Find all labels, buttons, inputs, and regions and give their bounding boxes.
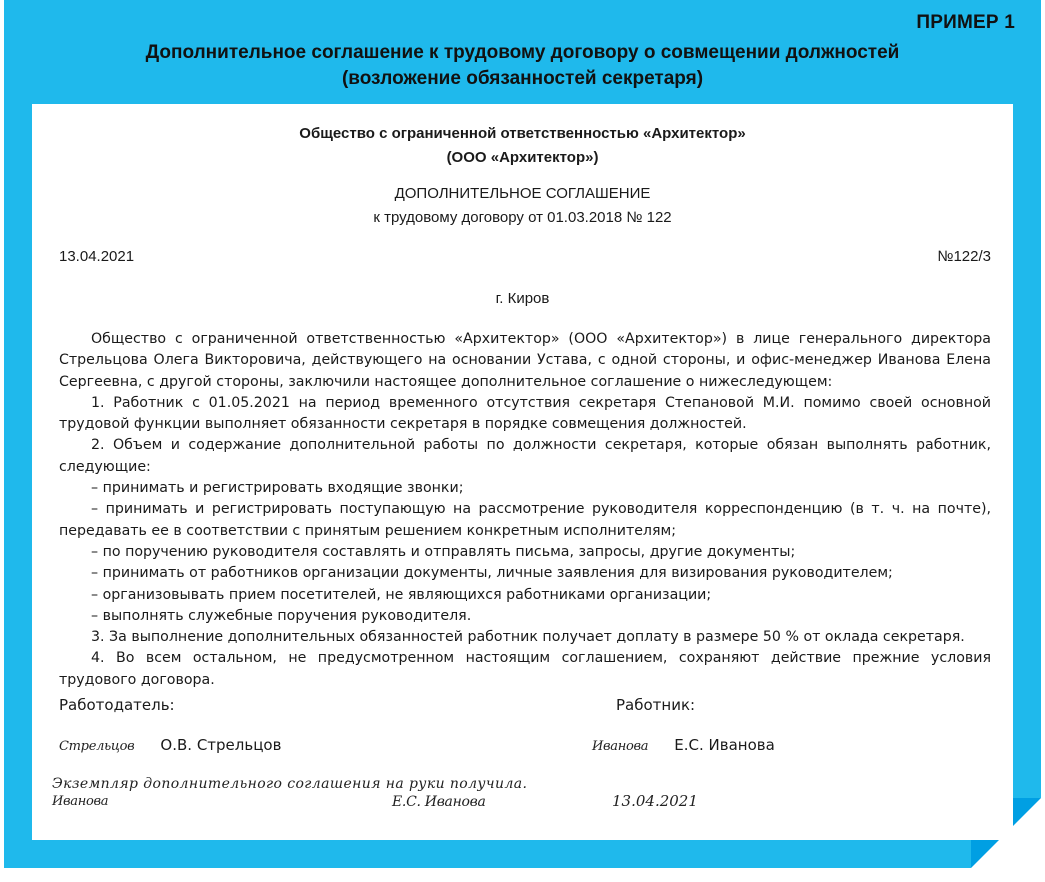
subtitle: к трудовому договору от 01.03.2018 № 122 bbox=[32, 206, 1013, 230]
organization-name: Общество с ограниченной ответственностью… bbox=[32, 122, 1013, 170]
document-city: г. Киров bbox=[32, 290, 1013, 307]
duty-item: – по поручению руководителя составлять и… bbox=[59, 542, 991, 563]
receipt-signature-line: Иванова Е.С. Иванова 13.04.2021 bbox=[52, 792, 772, 814]
employer-signature-block: Стрельцов О.В. Стрельцов bbox=[59, 736, 281, 754]
duty-item: – организовывать прием посетителей, не я… bbox=[59, 585, 991, 606]
document-panel: Общество с ограниченной ответственностью… bbox=[32, 104, 1013, 840]
employee-signature: Иванова bbox=[592, 739, 648, 754]
header-title: Дополнительное соглашение к трудовому до… bbox=[100, 40, 945, 92]
paragraph-clause-4: 4. Во всем остальном, не предусмотренном… bbox=[59, 648, 991, 691]
receipt-date: 13.04.2021 bbox=[612, 792, 698, 810]
employee-name: Е.С. Иванова bbox=[674, 736, 775, 754]
employee-label: Работник: bbox=[616, 696, 695, 714]
employer-name: О.В. Стрельцов bbox=[160, 736, 281, 754]
title: ДОПОЛНИТЕЛЬНОЕ СОГЛАШЕНИЕ bbox=[32, 182, 1013, 206]
document-number: №122/3 bbox=[937, 248, 991, 265]
employee-signature-block: Иванова Е.С. Иванова bbox=[592, 736, 775, 754]
agreement-body: Общество с ограниченной ответственностью… bbox=[59, 329, 991, 691]
paragraph-clause-2: 2. Объем и содержание дополнительной раб… bbox=[59, 435, 991, 478]
example-label: ПРИМЕР 1 bbox=[916, 12, 1015, 34]
receipt-name: Е.С. Иванова bbox=[392, 794, 486, 810]
document-title: ДОПОЛНИТЕЛЬНОЕ СОГЛАШЕНИЕ к трудовому до… bbox=[32, 182, 1013, 230]
receipt-signature: Иванова bbox=[52, 794, 108, 809]
receipt-text: Экземпляр дополнительного соглашения на … bbox=[52, 776, 772, 792]
org-full-name: Общество с ограниченной ответственностью… bbox=[32, 122, 1013, 146]
duty-item: – принимать от работников организации до… bbox=[59, 563, 991, 584]
duty-item: – принимать и регистрировать поступающую… bbox=[59, 499, 991, 542]
employer-signature: Стрельцов bbox=[59, 739, 134, 754]
document-date: 13.04.2021 bbox=[59, 248, 134, 265]
employer-label: Работодатель: bbox=[59, 696, 175, 714]
receipt-note: Экземпляр дополнительного соглашения на … bbox=[52, 776, 772, 814]
paragraph-clause-3: 3. За выполнение дополнительных обязанно… bbox=[59, 627, 991, 648]
paragraph-clause-1: 1. Работник с 01.05.2021 на период време… bbox=[59, 393, 991, 436]
paragraph-preamble: Общество с ограниченной ответственностью… bbox=[59, 329, 991, 393]
duty-item: – выполнять служебные поручения руководи… bbox=[59, 606, 991, 627]
duty-item: – принимать и регистрировать входящие зв… bbox=[59, 478, 991, 499]
org-short-name: (ООО «Архитектор») bbox=[32, 146, 1013, 170]
